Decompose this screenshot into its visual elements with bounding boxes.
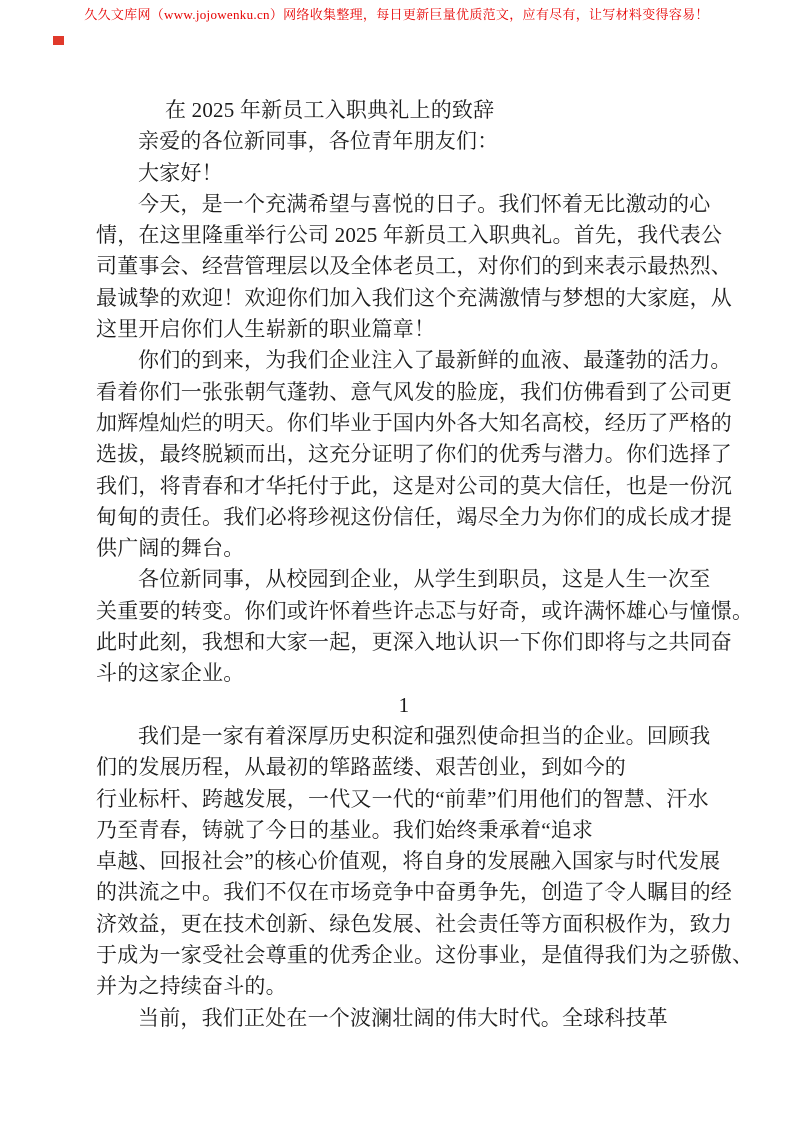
paragraph-line: 济效益，更在技术创新、绿色发展、社会责任等方面积极作为，致力 [96, 909, 712, 940]
paragraph-line: 乃至青春，铸就了今日的基业。我们始终秉承着“追求 [96, 815, 712, 846]
paragraph-line: 这里开启你们人生崭新的职业篇章！ [96, 314, 712, 345]
watermark-text: 久久文库网（www.jojowenku.cn）网络收集整理，每日更新巨量优质范文… [84, 7, 708, 22]
paragraph-line: 关重要的转变。你们或许怀着些许忐忑与好奇，或许满怀雄心与憧憬。 [96, 596, 712, 627]
red-marker [53, 36, 64, 45]
paragraph-line: 此时此刻，我想和大家一起，更深入地认识一下你们即将与之共同奋 [96, 627, 712, 658]
paragraph-line: 我们是一家有着深厚历史积淀和强烈使命担当的企业。回顾我 [96, 721, 712, 752]
paragraph-line: 最诚挚的欢迎！欢迎你们加入我们这个充满激情与梦想的大家庭，从 [96, 283, 712, 314]
watermark-header: 久久文库网（www.jojowenku.cn）网络收集整理，每日更新巨量优质范文… [0, 6, 793, 23]
paragraph-line: 各位新同事，从校园到企业，从学生到职员，这是人生一次至 [96, 564, 712, 595]
paragraph-line: 卓越、回报社会”的核心价值观，将自身的发展融入国家与时代发展 [96, 846, 712, 877]
paragraph-line: 今天，是一个充满希望与喜悦的日子。我们怀着无比激动的心 [96, 189, 712, 220]
paragraph-line: 情，在这里隆重举行公司 2025 年新员工入职典礼。首先，我代表公 [96, 220, 712, 251]
paragraph-line: 你们的到来，为我们企业注入了最新鲜的血液、最蓬勃的活力。 [96, 345, 712, 376]
paragraph-line: 甸甸的责任。我们必将珍视这份信任，竭尽全力为你们的成长成才提 [96, 502, 712, 533]
paragraph-line: 供广阔的舞台。 [96, 533, 712, 564]
document-title: 在 2025 年新员工入职典礼上的致辞 [96, 95, 712, 126]
document-body: 在 2025 年新员工入职典礼上的致辞亲爱的各位新同事，各位青年朋友们：大家好！… [96, 95, 712, 1034]
paragraph-line: 看着你们一张张朝气蓬勃、意气风发的脸庞，我们仿佛看到了公司更 [96, 377, 712, 408]
paragraph-line: 大家好！ [96, 158, 712, 189]
paragraph-line: 于成为一家受社会尊重的优秀企业。这份事业，是值得我们为之骄傲、 [96, 940, 712, 971]
paragraph-line: 亲爱的各位新同事，各位青年朋友们： [96, 126, 712, 157]
paragraph-line: 加辉煌灿烂的明天。你们毕业于国内外各大知名高校，经历了严格的 [96, 408, 712, 439]
paragraph-line: 司董事会、经营管理层以及全体老员工，对你们的到来表示最热烈、 [96, 251, 712, 282]
paragraph-line: 的洪流之中。我们不仅在市场竞争中奋勇争先，创造了令人瞩目的经 [96, 877, 712, 908]
paragraph-line: 斗的这家企业。 [96, 658, 712, 689]
paragraph-line: 当前，我们正处在一个波澜壮阔的伟大时代。全球科技革 [96, 1003, 712, 1034]
page-number: 1 [96, 690, 712, 721]
paragraph-line: 并为之持续奋斗的。 [96, 971, 712, 1002]
paragraph-line: 我们，将青春和才华托付于此，这是对公司的莫大信任，也是一份沉 [96, 471, 712, 502]
paragraph-line: 们的发展历程，从最初的筚路蓝缕、艰苦创业，到如今的 [96, 752, 712, 783]
document-page: 久久文库网（www.jojowenku.cn）网络收集整理，每日更新巨量优质范文… [0, 0, 793, 1122]
paragraph-line: 选拔，最终脱颖而出，这充分证明了你们的优秀与潜力。你们选择了 [96, 439, 712, 470]
paragraph-line: 行业标杆、跨越发展，一代又一代的“前辈”们用他们的智慧、汗水 [96, 784, 712, 815]
